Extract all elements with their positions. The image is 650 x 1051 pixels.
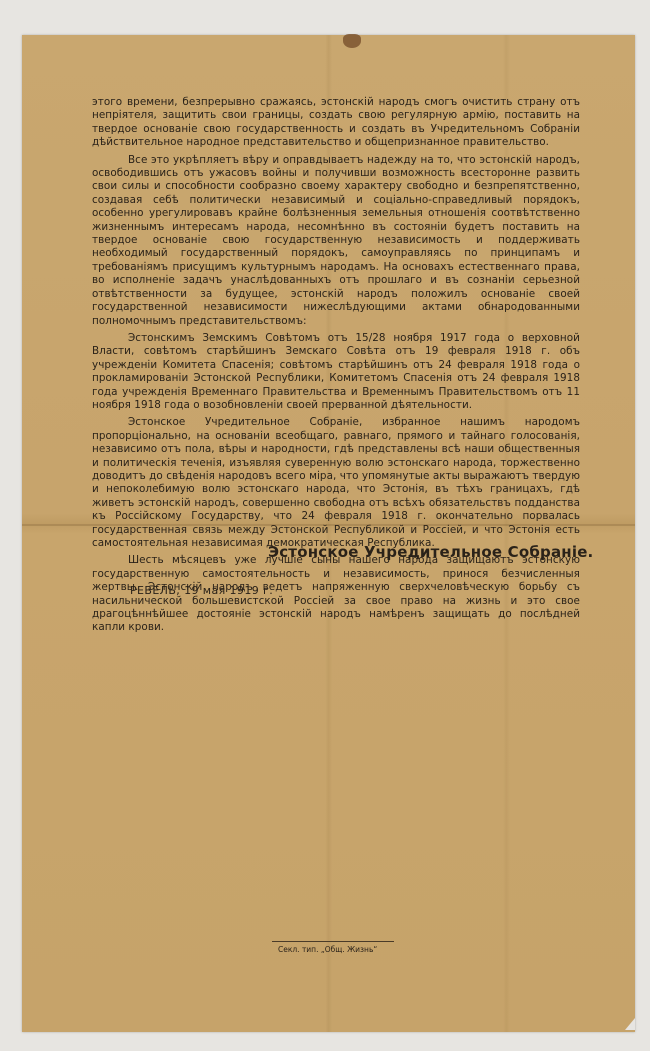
paragraph-4: Эстонское Учредительное Собраніе, избран… — [92, 416, 580, 550]
paragraph-2: Все это укрѣпляетъ вѣру и оправдываетъ н… — [92, 154, 580, 328]
paragraph-1: этого времени, безпрерывно сражаясь, эст… — [92, 96, 580, 150]
place-date: РЕВЕЛЬ, 19 мая 1919 г. — [130, 584, 273, 597]
printer-rule — [272, 941, 394, 942]
torn-corner — [625, 1018, 635, 1030]
paragraph-3: Эстонскимъ Земскимъ Совѣтомъ отъ 15/28 н… — [92, 332, 580, 412]
signature: Эстонское Учредительное Собраніе. — [268, 543, 593, 561]
ink-stain — [343, 34, 361, 48]
printer-imprint: Секл. тип. „Общ. Жизнь“ — [278, 945, 377, 954]
